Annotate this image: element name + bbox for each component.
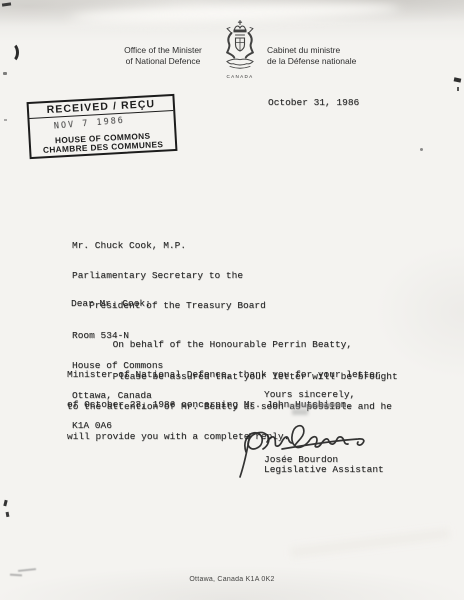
stamp-organization: HOUSE OF COMMONS CHAMBRE DES COMMUNES xyxy=(31,130,176,154)
letterhead-en-line2: of National Defence xyxy=(117,56,209,67)
coat-of-arms: CANADA xyxy=(221,19,259,79)
scan-artifact xyxy=(457,87,459,91)
letterhead-fr-line2: de la Défense nationale xyxy=(267,56,356,67)
salutation: Dear Mr. Cook: xyxy=(71,299,151,309)
stamp-title: RECEIVED / REÇU xyxy=(29,97,174,119)
scan-artifact xyxy=(4,119,7,121)
scan-artifact xyxy=(3,72,7,75)
scan-artifact xyxy=(2,2,11,6)
scanned-letter-page: Office of the Minister of National Defen… xyxy=(0,0,464,600)
erased-text-smudge xyxy=(292,409,308,415)
canada-coat-of-arms-icon xyxy=(221,19,259,72)
scan-artifact xyxy=(420,148,423,151)
body-line: to the attention of Mr. Beatty as soon a… xyxy=(67,402,398,412)
address-line: Mr. Chuck Cook, M.P. xyxy=(72,241,266,251)
signer-title: Legislative Assistant xyxy=(264,465,384,475)
valediction: Yours sincerely, xyxy=(264,390,355,400)
letterhead-fr-line1: Cabinet du ministre xyxy=(267,45,356,56)
scan-artifact xyxy=(3,42,19,63)
paper-crease-bottom-right xyxy=(290,528,450,557)
scan-artifact xyxy=(454,77,462,82)
footer-address: Ottawa, Canada K1A 0K2 xyxy=(0,576,464,583)
body-line: On behalf of the Honourable Perrin Beatt… xyxy=(67,340,381,350)
letterhead-en-line1: Office of the Minister xyxy=(117,45,209,56)
letterhead-office-french: Cabinet du ministre de la Défense nation… xyxy=(267,45,356,66)
letterhead-office-english: Office of the Minister of National Defen… xyxy=(117,45,209,66)
scan-artifact xyxy=(6,512,9,517)
received-stamp: RECEIVED / REÇU NOV 7 1986 HOUSE OF COMM… xyxy=(27,94,178,159)
scan-artifact xyxy=(3,500,7,506)
address-line: Parliamentary Secretary to the xyxy=(72,271,266,281)
crest-caption: CANADA xyxy=(221,74,259,79)
stamp-date: NOV 7 1986 xyxy=(54,116,126,132)
erased-text-smudge xyxy=(322,404,346,406)
letter-date: October 31, 1986 xyxy=(268,98,359,108)
body-line: Please be assured that your letter will … xyxy=(67,372,398,382)
scan-artifact xyxy=(10,566,38,578)
